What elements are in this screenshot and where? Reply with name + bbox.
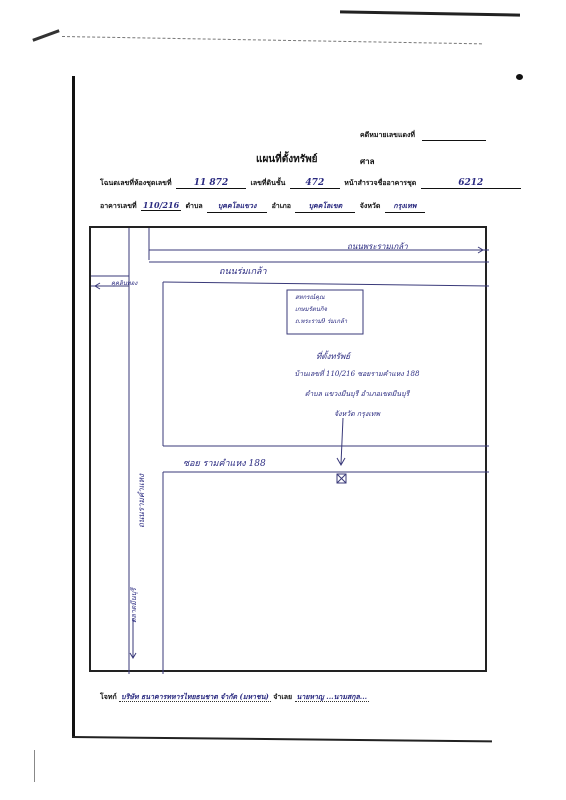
scan-margin-tick xyxy=(34,750,35,782)
land-no-label: เลขที่ดินชั้น xyxy=(250,179,285,187)
landmark-line: สหกรณ์คุณ xyxy=(295,292,347,304)
land-no-value[interactable]: 472 xyxy=(290,178,340,189)
deed-no-value[interactable]: 11 872 xyxy=(176,178,246,189)
address-fields-row: อาคารเลขที่ 110/216 ตำบล บุคคโลแขวง อำเภ… xyxy=(100,200,427,213)
scan-pen-mark xyxy=(32,29,59,41)
black-case-label: คดีหมายเลขแดงที่ xyxy=(360,130,415,141)
top-road-label: ถนนพระรามเกล้า xyxy=(347,240,408,253)
district-label: อำเภอ xyxy=(272,202,291,210)
province-label: จังหวัด xyxy=(360,202,381,210)
building-no-label: อาคารเลขที่ xyxy=(100,202,137,210)
scan-top-stroke xyxy=(340,10,520,16)
survey-page-value[interactable]: 6212 xyxy=(421,178,521,189)
landmark-line: ถ.พระราม9 ร่มเกล้า xyxy=(295,316,347,328)
bottom-left-direction-label: ตลาดมีนบุรี xyxy=(129,588,140,623)
survey-page-label: หน้าสำรวจชื่ออาคารชุด xyxy=(344,179,416,187)
deed-fields-row: โฉนดเลขที่ห้องชุดเลขที่ 11 872 เลขที่ดิน… xyxy=(100,178,523,189)
building-no-value[interactable]: 110/216 xyxy=(141,200,181,211)
left-direction-label: คุคลินทอง xyxy=(111,278,137,288)
district-value[interactable]: บุคคโลเขต xyxy=(295,201,355,213)
property-address: บ้านเลขที่ 110/216 ซอยรามคำแหง 188 ตำบล … xyxy=(257,364,457,424)
parties-row: โจทก์ บริษัท ธนาคารทหารไทยธนชาต จำกัด (ม… xyxy=(100,692,369,703)
location-map: ถนนพระรามเกล้า ถนนร่มเกล้า คุคลินทอง สหก… xyxy=(89,226,487,672)
vertical-road-label: ถนนรามคำแหง xyxy=(135,474,148,528)
property-address-line: จังหวัด กรุงเทพ xyxy=(257,404,457,424)
page-frame-left xyxy=(72,76,75,738)
landmark-line: เกษมรัตนกิจ xyxy=(295,304,347,316)
page-frame-bottom xyxy=(72,736,492,742)
landmark-box: สหกรณ์คุณ เกษมรัตนกิจ ถ.พระราม9 ร่มเกล้า xyxy=(295,292,347,328)
soi-label: ซอย รามคำแหง 188 xyxy=(183,456,266,470)
plaintiff-label: โจทก์ xyxy=(100,693,117,701)
property-address-line: ตำบล แขวงมีนบุรี อำเภอเขตมีนบุรี xyxy=(257,384,457,404)
plaintiff-value[interactable]: บริษัท ธนาคารทหารไทยธนชาต จำกัด (มหาชน) xyxy=(119,692,271,702)
court-label: ศาล xyxy=(360,155,374,168)
main-road-label: ถนนร่มเกล้า xyxy=(219,264,267,278)
property-label: ที่ตั้งทรัพย์ xyxy=(316,350,350,363)
scan-dashed-line xyxy=(62,36,482,44)
province-value[interactable]: กรุงเทพ xyxy=(385,201,425,213)
black-case-field[interactable] xyxy=(422,140,486,141)
map-lines xyxy=(91,228,489,674)
page-title: แผนที่ตั้งทรัพย์ xyxy=(256,152,318,167)
property-address-line: บ้านเลขที่ 110/216 ซอยรามคำแหง 188 xyxy=(257,364,457,384)
scan-dot xyxy=(516,74,523,80)
defendant-label: จำเลย xyxy=(273,693,292,701)
subdistrict-label: ตำบล xyxy=(185,202,202,210)
defendant-value[interactable]: นายหาญ ...นามสกุล... xyxy=(295,692,370,702)
subdistrict-value[interactable]: บุคคโลแขวง xyxy=(207,201,267,213)
deed-no-label: โฉนดเลขที่ห้องชุดเลขที่ xyxy=(100,179,172,187)
